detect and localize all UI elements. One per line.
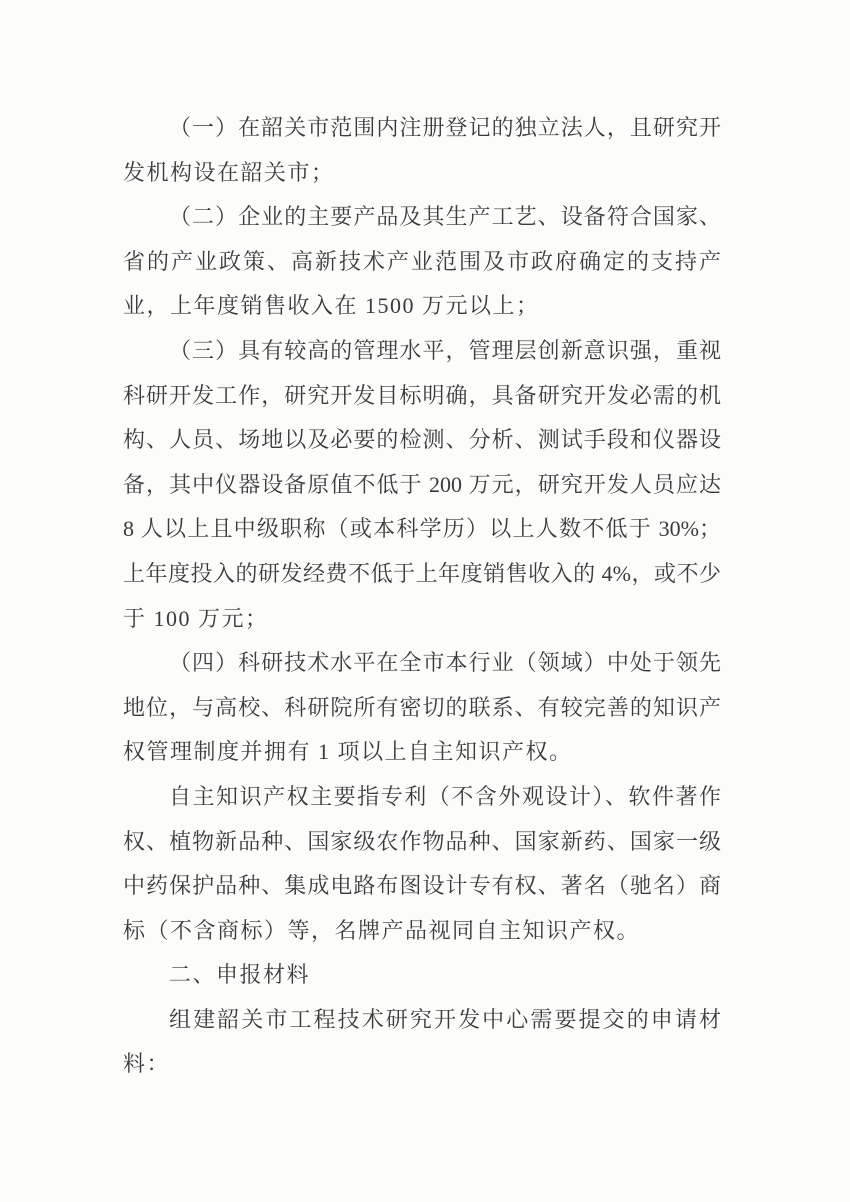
text-line: 科研开发工作，研究开发目标明确，具备研究开发必需的机 bbox=[123, 374, 721, 419]
text-line: 权、植物新品种、国家级农作物品种、国家新药、国家一级 bbox=[123, 820, 721, 865]
text-line: （三）具有较高的管理水平，管理层创新意识强，重视 bbox=[123, 329, 721, 374]
text-line: 中药保护品种、集成电路布图设计专有权、著名（驰名）商 bbox=[123, 864, 721, 909]
text-line: 地位，与高校、科研院所有密切的联系、有较完善的知识产 bbox=[123, 686, 721, 731]
section-heading: 二、申报材料 bbox=[123, 953, 721, 998]
document-body: （一）在韶关市范围内注册登记的独立法人，且研究开 发机构设在韶关市； （二）企业… bbox=[123, 106, 721, 1087]
text-line: 构、人员、场地以及必要的检测、分析、测试手段和仪器设 bbox=[123, 418, 721, 463]
text-line: 料： bbox=[123, 1042, 721, 1087]
text-line: （二）企业的主要产品及其生产工艺、设备符合国家、 bbox=[123, 195, 721, 240]
text-line: 于 100 万元； bbox=[123, 597, 721, 642]
document-page: （一）在韶关市范围内注册登记的独立法人，且研究开 发机构设在韶关市； （二）企业… bbox=[0, 0, 850, 1202]
text-line: 组建韶关市工程技术研究开发中心需要提交的申请材 bbox=[123, 998, 721, 1043]
text-line: 业，上年度销售收入在 1500 万元以上； bbox=[123, 284, 721, 329]
text-line: 标（不含商标）等，名牌产品视同自主知识产权。 bbox=[123, 909, 721, 954]
text-line: 自主知识产权主要指专利（不含外观设计）、软件著作 bbox=[123, 775, 721, 820]
text-line: （一）在韶关市范围内注册登记的独立法人，且研究开 bbox=[123, 106, 721, 151]
text-line: 权管理制度并拥有 1 项以上自主知识产权。 bbox=[123, 730, 721, 775]
text-line: 8 人以上且中级职称（或本科学历）以上人数不低于 30%； bbox=[123, 507, 721, 552]
text-line: （四）科研技术水平在全市本行业（领域）中处于领先 bbox=[123, 641, 721, 686]
text-line: 备，其中仪器设备原值不低于 200 万元，研究开发人员应达 bbox=[123, 463, 721, 508]
text-line: 发机构设在韶关市； bbox=[123, 151, 721, 196]
text-line: 省的产业政策、高新技术产业范围及市政府确定的支持产 bbox=[123, 240, 721, 285]
text-line: 上年度投入的研发经费不低于上年度销售收入的 4%，或不少 bbox=[123, 552, 721, 597]
